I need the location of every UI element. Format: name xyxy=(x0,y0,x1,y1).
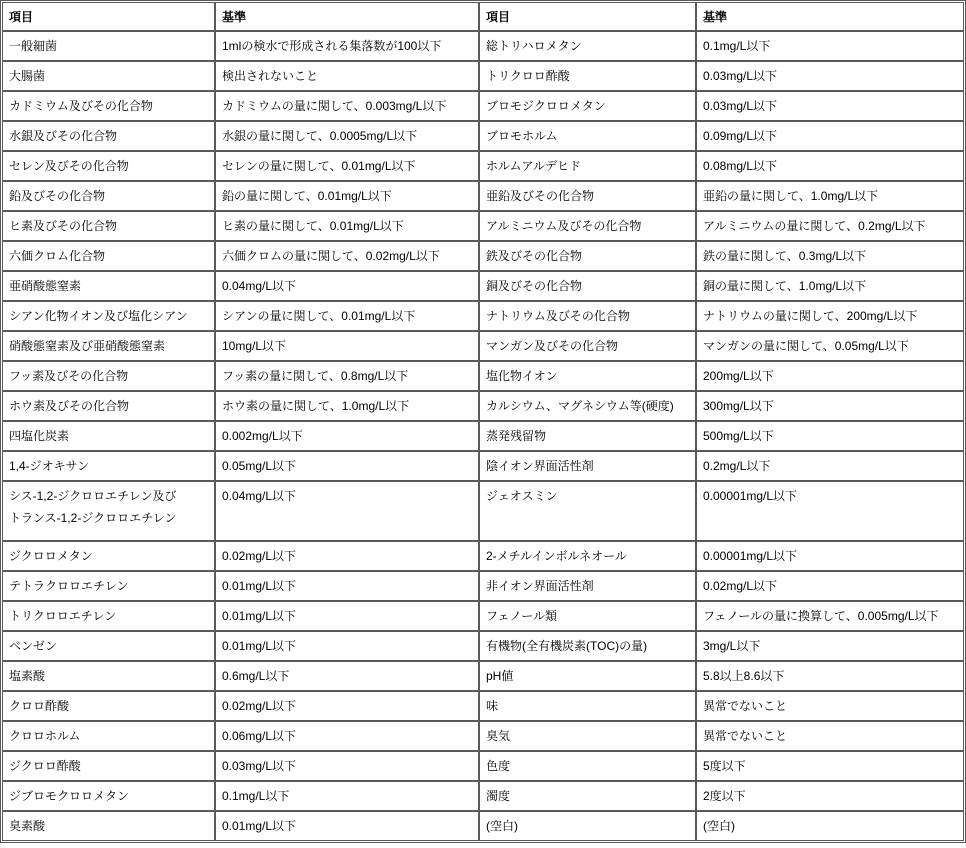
standard-cell: 検出されないこと xyxy=(215,61,479,91)
table-row: 六価クロム化合物六価クロムの量に関して、0.02mg/L以下鉄及びその化合物鉄の… xyxy=(2,241,964,271)
item-cell: ジクロロメタン xyxy=(2,541,215,571)
item-cell: 四塩化炭素 xyxy=(2,421,215,451)
item-cell: ブロモホルム xyxy=(479,121,696,151)
standard-cell: 300mg/L以下 xyxy=(696,391,964,421)
item-cell: 臭素酸 xyxy=(2,811,215,841)
item-cell: 蒸発残留物 xyxy=(479,421,696,451)
item-cell: トリクロロ酢酸 xyxy=(479,61,696,91)
item-cell: 塩化物イオン xyxy=(479,361,696,391)
item-cell: 硝酸態窒素及び亜硝酸態窒素 xyxy=(2,331,215,361)
standard-cell: 0.00001mg/L以下 xyxy=(696,481,964,541)
standard-cell: 水銀の量に関して、0.0005mg/L以下 xyxy=(215,121,479,151)
standard-cell: フッ素の量に関して、0.8mg/L以下 xyxy=(215,361,479,391)
standard-cell: カドミウムの量に関して、0.003mg/L以下 xyxy=(215,91,479,121)
standard-cell: ナトリウムの量に関して、200mg/L以下 xyxy=(696,301,964,331)
table-row: 大腸菌検出されないことトリクロロ酢酸0.03mg/L以下 xyxy=(2,61,964,91)
standard-cell: マンガンの量に関して、0.05mg/L以下 xyxy=(696,331,964,361)
table-row: 亜硝酸態窒素0.04mg/L以下銅及びその化合物銅の量に関して、1.0mg/L以… xyxy=(2,271,964,301)
header-row: 項目 基準 項目 基準 xyxy=(2,2,964,31)
table-row: ヒ素及びその化合物ヒ素の量に関して、0.01mg/L以下アルミニウム及びその化合… xyxy=(2,211,964,241)
item-cell: 有機物(全有機炭素(TOC)の量) xyxy=(479,631,696,661)
standard-cell: 2度以下 xyxy=(696,781,964,811)
standard-cell: 鉛の量に関して、0.01mg/L以下 xyxy=(215,181,479,211)
standard-cell: 銅の量に関して、1.0mg/L以下 xyxy=(696,271,964,301)
table-row: フッ素及びその化合物フッ素の量に関して、0.8mg/L以下塩化物イオン200mg… xyxy=(2,361,964,391)
header-item-right: 項目 xyxy=(479,2,696,31)
item-cell: 水銀及びその化合物 xyxy=(2,121,215,151)
standard-cell: 0.09mg/L以下 xyxy=(696,121,964,151)
table-row: ベンゼン0.01mg/L以下有機物(全有機炭素(TOC)の量)3mg/L以下 xyxy=(2,631,964,661)
item-cell: ヒ素及びその化合物 xyxy=(2,211,215,241)
standard-cell: 0.1mg/L以下 xyxy=(696,31,964,61)
item-cell: 六価クロム化合物 xyxy=(2,241,215,271)
standards-table-body: 一般細菌1mlの検水で形成される集落数が100以下総トリハロメタン0.1mg/L… xyxy=(2,31,964,841)
standard-cell: 0.00001mg/L以下 xyxy=(696,541,964,571)
item-cell: フェノール類 xyxy=(479,601,696,631)
item-cell: ブロモジクロロメタン xyxy=(479,91,696,121)
table-row: 臭素酸0.01mg/L以下(空白)(空白) xyxy=(2,811,964,841)
standard-cell: 3mg/L以下 xyxy=(696,631,964,661)
standard-cell: 5度以下 xyxy=(696,751,964,781)
item-cell: クロロホルム xyxy=(2,721,215,751)
table-row: 硝酸態窒素及び亜硝酸態窒素10mg/L以下マンガン及びその化合物マンガンの量に関… xyxy=(2,331,964,361)
table-row: 塩素酸0.6mg/L以下pH値5.8以上8.6以下 xyxy=(2,661,964,691)
table-row: カドミウム及びその化合物カドミウムの量に関して、0.003mg/L以下ブロモジク… xyxy=(2,91,964,121)
item-cell: 非イオン界面活性剤 xyxy=(479,571,696,601)
standard-cell: セレンの量に関して、0.01mg/L以下 xyxy=(215,151,479,181)
standard-cell: アルミニウムの量に関して、0.2mg/L以下 xyxy=(696,211,964,241)
standard-cell: 0.6mg/L以下 xyxy=(215,661,479,691)
table-row: ジクロロメタン0.02mg/L以下2-メチルインボルネオール0.00001mg/… xyxy=(2,541,964,571)
header-standard-right: 基準 xyxy=(696,2,964,31)
standard-cell: ホウ素の量に関して、1.0mg/L以下 xyxy=(215,391,479,421)
standard-cell: 0.03mg/L以下 xyxy=(215,751,479,781)
header-standard-left: 基準 xyxy=(215,2,479,31)
standard-cell: シアンの量に関して、0.01mg/L以下 xyxy=(215,301,479,331)
table-row: 四塩化炭素0.002mg/L以下蒸発残留物500mg/L以下 xyxy=(2,421,964,451)
item-cell: シアン化物イオン及び塩化シアン xyxy=(2,301,215,331)
item-cell: 陰イオン界面活性剤 xyxy=(479,451,696,481)
item-cell: 銅及びその化合物 xyxy=(479,271,696,301)
table-row: セレン及びその化合物セレンの量に関して、0.01mg/L以下ホルムアルデヒド0.… xyxy=(2,151,964,181)
standard-cell: 1mlの検水で形成される集落数が100以下 xyxy=(215,31,479,61)
header-item-left: 項目 xyxy=(2,2,215,31)
standard-cell: 0.02mg/L以下 xyxy=(215,691,479,721)
item-cell: 色度 xyxy=(479,751,696,781)
standard-cell: ヒ素の量に関して、0.01mg/L以下 xyxy=(215,211,479,241)
standard-cell: 0.01mg/L以下 xyxy=(215,571,479,601)
table-row: トリクロロエチレン0.01mg/L以下フェノール類フェノールの量に換算して、0.… xyxy=(2,601,964,631)
item-cell: 鉛及びその化合物 xyxy=(2,181,215,211)
standard-cell: 0.06mg/L以下 xyxy=(215,721,479,751)
item-cell: (空白) xyxy=(479,811,696,841)
item-cell: 亜硝酸態窒素 xyxy=(2,271,215,301)
standards-table: 項目 基準 項目 基準 一般細菌1mlの検水で形成される集落数が100以下総トリ… xyxy=(2,2,964,841)
standard-cell: 0.03mg/L以下 xyxy=(696,91,964,121)
table-row: 一般細菌1mlの検水で形成される集落数が100以下総トリハロメタン0.1mg/L… xyxy=(2,31,964,61)
standard-cell: (空白) xyxy=(696,811,964,841)
standard-cell: 0.01mg/L以下 xyxy=(215,811,479,841)
item-cell: フッ素及びその化合物 xyxy=(2,361,215,391)
item-cell: 一般細菌 xyxy=(2,31,215,61)
table-row: ジブロモクロロメタン0.1mg/L以下濁度2度以下 xyxy=(2,781,964,811)
item-cell: 鉄及びその化合物 xyxy=(479,241,696,271)
standard-cell: 5.8以上8.6以下 xyxy=(696,661,964,691)
standard-cell: 500mg/L以下 xyxy=(696,421,964,451)
table-row: 1,4-ジオキサン0.05mg/L以下陰イオン界面活性剤0.2mg/L以下 xyxy=(2,451,964,481)
item-cell: 亜鉛及びその化合物 xyxy=(479,181,696,211)
standard-cell: 0.02mg/L以下 xyxy=(215,541,479,571)
item-cell: ナトリウム及びその化合物 xyxy=(479,301,696,331)
standard-cell: 鉄の量に関して、0.3mg/L以下 xyxy=(696,241,964,271)
standard-cell: 0.05mg/L以下 xyxy=(215,451,479,481)
item-cell: 塩素酸 xyxy=(2,661,215,691)
standard-cell: 0.04mg/L以下 xyxy=(215,271,479,301)
standard-cell: 0.1mg/L以下 xyxy=(215,781,479,811)
item-cell: ホルムアルデヒド xyxy=(479,151,696,181)
item-cell: セレン及びその化合物 xyxy=(2,151,215,181)
standard-cell: 0.04mg/L以下 xyxy=(215,481,479,541)
item-cell: テトラクロロエチレン xyxy=(2,571,215,601)
table-row: シアン化物イオン及び塩化シアンシアンの量に関して、0.01mg/L以下ナトリウム… xyxy=(2,301,964,331)
standard-cell: 0.2mg/L以下 xyxy=(696,451,964,481)
item-cell: ホウ素及びその化合物 xyxy=(2,391,215,421)
water-quality-standards-panel: 項目 基準 項目 基準 一般細菌1mlの検水で形成される集落数が100以下総トリ… xyxy=(0,0,966,843)
item-cell: カドミウム及びその化合物 xyxy=(2,91,215,121)
item-cell: ジブロモクロロメタン xyxy=(2,781,215,811)
item-cell: 臭気 xyxy=(479,721,696,751)
standard-cell: 0.01mg/L以下 xyxy=(215,631,479,661)
item-cell: 大腸菌 xyxy=(2,61,215,91)
item-cell: 味 xyxy=(479,691,696,721)
item-cell: ベンゼン xyxy=(2,631,215,661)
standard-cell: 0.03mg/L以下 xyxy=(696,61,964,91)
item-cell: 濁度 xyxy=(479,781,696,811)
table-row: シス-1,2-ジクロロエチレン及び トランス-1,2-ジクロロエチレン0.04m… xyxy=(2,481,964,541)
item-cell: 2-メチルインボルネオール xyxy=(479,541,696,571)
standard-cell: 0.002mg/L以下 xyxy=(215,421,479,451)
standard-cell: 0.02mg/L以下 xyxy=(696,571,964,601)
item-cell: マンガン及びその化合物 xyxy=(479,331,696,361)
table-row: テトラクロロエチレン0.01mg/L以下非イオン界面活性剤0.02mg/L以下 xyxy=(2,571,964,601)
item-cell: 総トリハロメタン xyxy=(479,31,696,61)
item-cell: トリクロロエチレン xyxy=(2,601,215,631)
item-cell: 1,4-ジオキサン xyxy=(2,451,215,481)
table-row: ホウ素及びその化合物ホウ素の量に関して、1.0mg/L以下カルシウム、マグネシウ… xyxy=(2,391,964,421)
table-row: クロロ酢酸0.02mg/L以下味異常でないこと xyxy=(2,691,964,721)
item-cell: pH値 xyxy=(479,661,696,691)
standard-cell: 異常でないこと xyxy=(696,691,964,721)
table-row: ジクロロ酢酸0.03mg/L以下色度5度以下 xyxy=(2,751,964,781)
standard-cell: 0.08mg/L以下 xyxy=(696,151,964,181)
item-cell: ジクロロ酢酸 xyxy=(2,751,215,781)
standard-cell: 0.01mg/L以下 xyxy=(215,601,479,631)
standard-cell: 10mg/L以下 xyxy=(215,331,479,361)
table-row: クロロホルム0.06mg/L以下臭気異常でないこと xyxy=(2,721,964,751)
item-cell: アルミニウム及びその化合物 xyxy=(479,211,696,241)
standard-cell: フェノールの量に換算して、0.005mg/L以下 xyxy=(696,601,964,631)
item-cell: クロロ酢酸 xyxy=(2,691,215,721)
standard-cell: 異常でないこと xyxy=(696,721,964,751)
item-cell: シス-1,2-ジクロロエチレン及び トランス-1,2-ジクロロエチレン xyxy=(2,481,215,541)
standard-cell: 六価クロムの量に関して、0.02mg/L以下 xyxy=(215,241,479,271)
standard-cell: 亜鉛の量に関して、1.0mg/L以下 xyxy=(696,181,964,211)
standard-cell: 200mg/L以下 xyxy=(696,361,964,391)
table-row: 水銀及びその化合物水銀の量に関して、0.0005mg/L以下ブロモホルム0.09… xyxy=(2,121,964,151)
table-row: 鉛及びその化合物鉛の量に関して、0.01mg/L以下亜鉛及びその化合物亜鉛の量に… xyxy=(2,181,964,211)
item-cell: ジェオスミン xyxy=(479,481,696,541)
item-cell: カルシウム、マグネシウム等(硬度) xyxy=(479,391,696,421)
